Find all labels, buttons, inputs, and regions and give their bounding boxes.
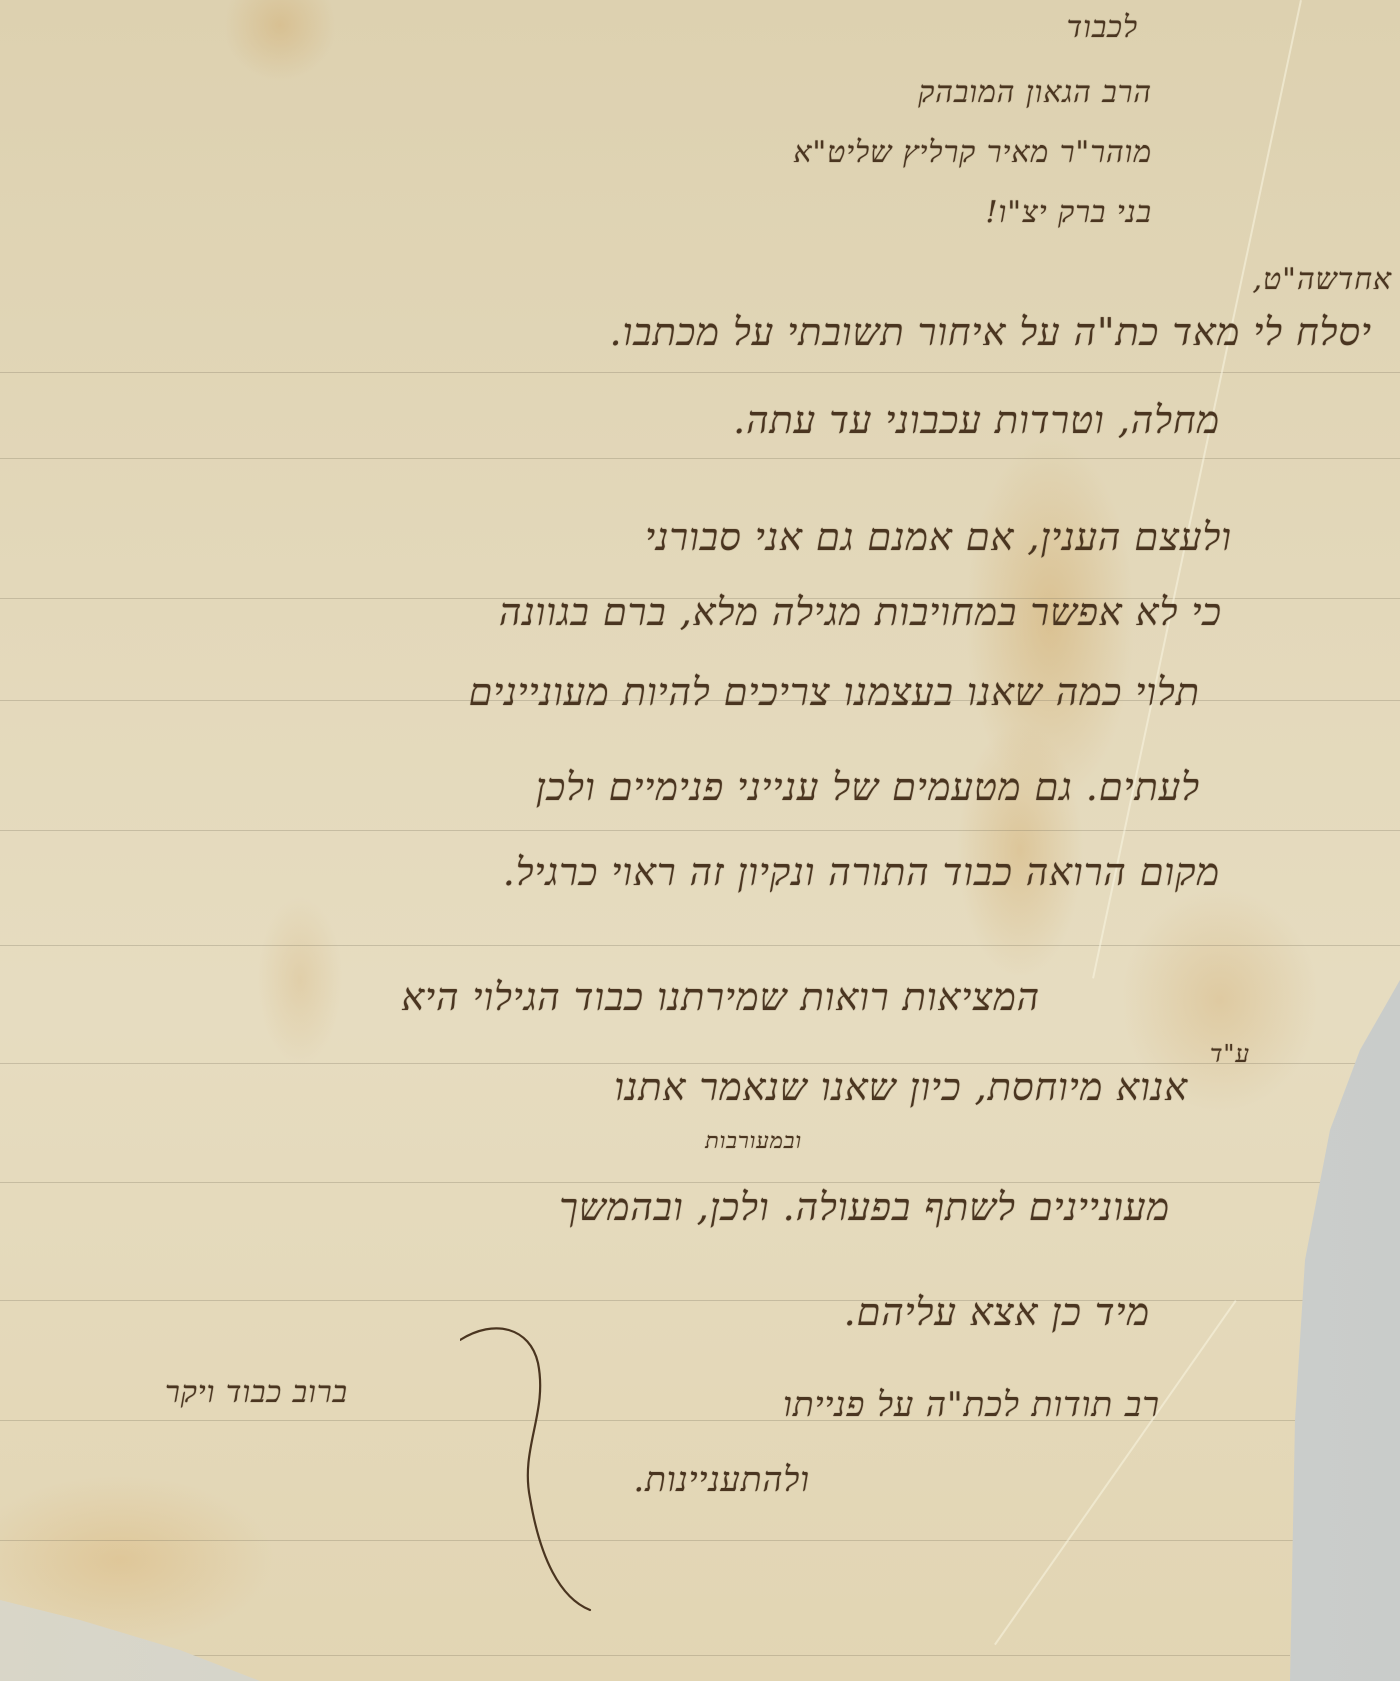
address-line-3: מוהר"ר מאיר קרליץ שליט"א	[793, 135, 1152, 170]
salutation: אחדשה"ט,	[1252, 262, 1392, 297]
ruled-line	[0, 945, 1400, 946]
body-line: תלוי כמה שאנו בעצמנו צריכים להיות מעוניי…	[469, 670, 1200, 715]
closing-line-1: רב תודות לכת"ה על פנייתו	[783, 1385, 1160, 1425]
ruled-line	[0, 1540, 1300, 1541]
closing-line-2: ולהתעניינות.	[633, 1460, 810, 1500]
address-line-4: בני ברק יצ"ו!	[985, 195, 1152, 230]
bracket-curve-icon	[460, 1318, 600, 1618]
ruled-line	[0, 458, 1400, 459]
body-line: מקום הרואה כבוד התורה ונקיון זה ראוי כרג…	[503, 850, 1220, 895]
ruled-line	[0, 1063, 1400, 1064]
ruled-line	[0, 1182, 1400, 1183]
body-line: לעתים. גם מטעמים של ענייני פנימיים ולכן	[536, 765, 1200, 810]
ruled-line	[0, 372, 1400, 373]
body-line: מיד כן אצא עליהם.	[844, 1290, 1150, 1335]
body-line: מחלה, וטרדות עכבוני עד עתה.	[733, 398, 1220, 443]
interlinear-insertion: ובמעורבות	[705, 1128, 802, 1154]
margin-note: ע"ד	[1210, 1040, 1250, 1069]
body-line: מעוניינים לשתף בפעולה. ולכן, ובהמשך	[559, 1185, 1170, 1230]
paper-sheet	[0, 0, 1400, 1681]
address-line-1: לכבוד	[1067, 10, 1138, 45]
ruled-line	[0, 830, 1400, 831]
address-line-2: הרב הגאון המובהק	[918, 75, 1152, 110]
body-line: המציאות רואות שמירתנו כבוד הגילוי היא	[401, 975, 1040, 1020]
body-line: כי לא אפשר במחויבות מגילה מלא, ברם בגוונ…	[499, 590, 1222, 635]
body-line: ולעצם הענין, אם אמנם גם אני סבורני	[645, 515, 1232, 560]
fold-crease	[994, 1300, 1237, 1645]
closing-side-note: ברוב כבוד ויקר	[165, 1375, 348, 1410]
letter-scan: לכבוד הרב הגאון המובהק מוהר"ר מאיר קרליץ…	[0, 0, 1400, 1681]
body-line: אנוא מיוחסת, כיון שאנו שנאמר אתנו	[614, 1065, 1188, 1110]
body-line: יסלח לי מאד כת"ה על איחור תשובתי על מכתב…	[610, 310, 1373, 355]
